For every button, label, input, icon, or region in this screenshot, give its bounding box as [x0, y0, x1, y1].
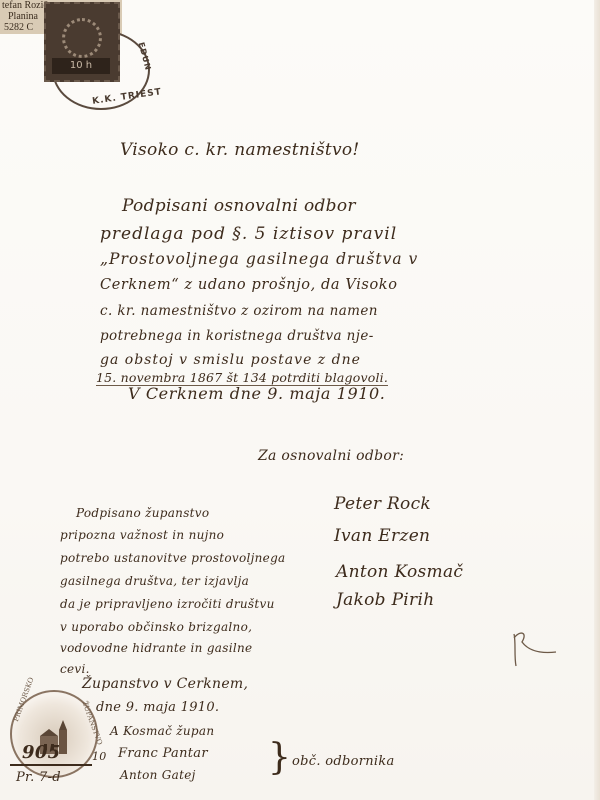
reference-code: Pr. 7-d: [16, 770, 61, 785]
brace-symbol: }: [268, 740, 291, 776]
stamp-emblem-icon: [62, 18, 102, 58]
body-line: c. kr. namestništvo z ozirom na namen: [100, 303, 378, 319]
municipal-date: dne 9. maja 1910.: [96, 700, 219, 715]
committee-heading: Za osnovalni odbor:: [258, 448, 404, 464]
councillor-signature: Anton Gatej: [120, 768, 196, 782]
revenue-stamp: 10 h: [44, 2, 120, 82]
body-line: ga obstoj v smislu postave z dne: [100, 352, 361, 368]
signature-jakob-pirih: Jakob Pirih: [336, 590, 434, 610]
signature-ivan-erzen: Ivan Erzen: [334, 526, 430, 546]
body-line: Cerknem“ z udano prošnjo, da Visoko: [100, 277, 398, 293]
reference-divider: [10, 764, 92, 766]
initial-r-mark: [506, 628, 562, 668]
reference-suffix: 10: [92, 750, 107, 763]
councillors-label: obč. odbornika: [292, 754, 395, 769]
signature-anton-kosmac: Anton Kosmač: [336, 562, 463, 582]
body-line: Podpisani osnovalni odbor: [122, 196, 356, 216]
municipal-note-line: v uporabo občinsko brizgalno,: [60, 620, 252, 634]
municipal-note-line: gasilnega društva, ter izjavlja: [60, 574, 249, 588]
paper-edge: [594, 0, 600, 800]
councillor-signature: Franc Pantar: [118, 746, 208, 761]
municipal-note-line: cevi.: [60, 662, 90, 676]
municipal-note-line: potrebo ustanovitve prostovoljnega: [60, 551, 286, 565]
municipal-note-line: vodovodne hidrante in gasilne: [60, 641, 252, 655]
body-line: predlaga pod §. 5 iztisov pravil: [100, 224, 397, 244]
stamp-value: 10 h: [52, 58, 110, 74]
place-date: V Cerknem dne 9. maja 1910.: [128, 384, 385, 403]
body-line: „Prostovoljnega gasilnega društva v: [100, 250, 418, 268]
document-page: tefan Rozič Planina 5282 C K.K. TRIEST E…: [0, 0, 600, 800]
mayor-signature: A Kosmač župan: [110, 724, 214, 738]
signature-peter-rock: Peter Rock: [334, 494, 431, 514]
body-line: potrebnega in koristnega društva nje-: [100, 328, 374, 344]
municipal-office: Županstvo v Cerknem,: [82, 676, 248, 692]
municipal-note-line: da je pripravljeno izročiti društvu: [60, 597, 275, 611]
municipal-note-line: pripozna važnost in nujno: [60, 528, 224, 542]
salutation: Visoko c. kr. namestništvo!: [120, 140, 360, 160]
reference-number: 905: [22, 742, 60, 763]
municipal-note-line: Podpisano županstvo: [76, 506, 209, 520]
